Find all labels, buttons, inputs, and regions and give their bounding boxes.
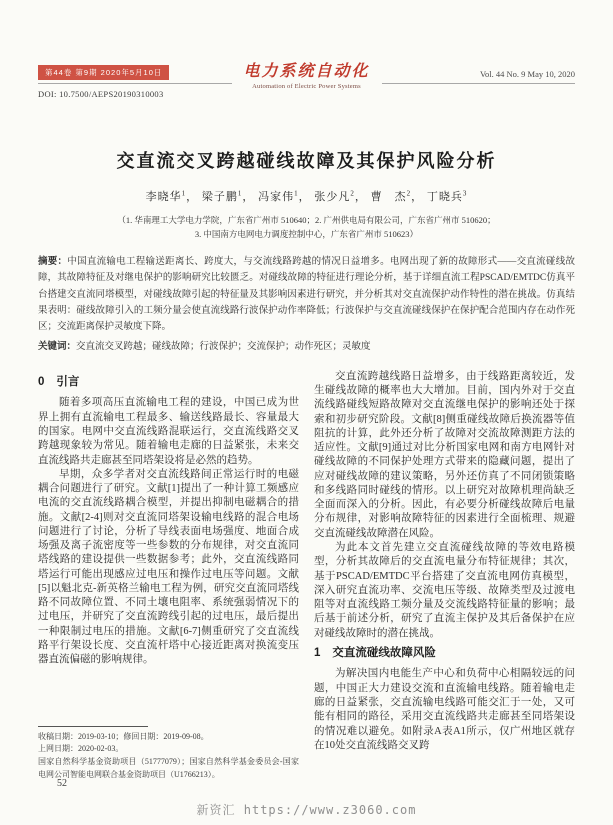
journal-logo-cn: 电力系统自动化 (243, 58, 369, 81)
author: 冯家伟1， (258, 191, 311, 203)
author: 梁子鹏1， (202, 191, 255, 203)
footnote-block: 收稿日期：2019-03-10；修回日期：2019-09-08。 上网日期：20… (38, 726, 299, 782)
paragraph: 为解决国内电能生产中心和负荷中心相隔较远的问题，中国正大力建设交流和直流输电线路… (314, 667, 575, 753)
keywords-text: 交直流交叉跨越；碰线故障；行波保护；交流保护；动作死区；灵敏度 (76, 342, 371, 352)
section-heading-1: 1交直流碰线故障风险 (314, 646, 575, 662)
journal-logo: 电力系统自动化 Automation of Electric Power Sys… (231, 58, 381, 90)
footnote-dates: 收稿日期：2019-03-10；修回日期：2019-09-08。 (38, 731, 299, 744)
body-columns: 0引言 随着多项高压直流输电工程的建设，中国已成为世界上拥有直流输电工程最多、输… (38, 370, 575, 784)
page-number: 52 (57, 778, 67, 789)
footnote-online-date: 上网日期：2020-02-03。 (38, 743, 299, 756)
paragraph: 早期，众多学者对交直流线路间正常运行时的电磁耦合问题进行了研究。文献[1]提出了… (38, 468, 299, 668)
paper-title: 交直流交叉跨越碰线故障及其保护风险分析 (38, 147, 575, 173)
abstract: 摘要：中国直流输电工程输送距离长、跨度大，与交流线路跨越的情况日益增多。电网出现… (38, 254, 575, 336)
footnote-funding: 国家自然科学基金资助项目（51777079）；国家自然科学基金委员会-国家电网公… (38, 756, 299, 782)
affiliation-line: （1. 华南理工大学电力学院，广东省广州市 510640；2. 广州供电局有限公… (38, 213, 575, 227)
abstract-text: 中国直流输电工程输送距离长、跨度大，与交流线路跨越的情况日益增多。电网出现了新的… (38, 257, 575, 332)
author: 曹 杰2， (371, 191, 424, 203)
watermark: 新资汇 https://www.z3060.com (0, 801, 613, 818)
volume-info: Vol. 44 No. 9 May 10, 2020 (480, 69, 575, 79)
paragraph: 交直流跨越线路日益增多，由于线路距离较近，发生碰线故障的概率也大大增加。目前，国… (314, 370, 575, 541)
section-heading-0: 0引言 (38, 375, 299, 391)
keywords: 关键词：交直流交叉跨越；碰线故障；行波保护；交流保护；动作死区；灵敏度 (38, 339, 575, 355)
left-column: 0引言 随着多项高压直流输电工程的建设，中国已成为世界上拥有直流输电工程最多、输… (38, 370, 299, 784)
doi-text: DOI: 10.7500/AEPS20190310003 (38, 89, 164, 99)
paragraph: 为此本文首先建立交直流碰线故障的等效电路模型，分析其故障后的交直流电量分布特征规… (314, 541, 575, 641)
paragraph: 随着多项高压直流输电工程的建设，中国已成为世界上拥有直流输电工程最多、输送线路最… (38, 396, 299, 467)
journal-logo-en: Automation of Electric Power Systems (243, 83, 369, 90)
keywords-label: 关键词： (38, 341, 76, 352)
affiliation-line: 3. 中国南方电网电力调度控制中心，广东省广州市 510623） (38, 227, 575, 241)
right-column: 交直流跨越线路日益增多，由于线路距离较近，发生碰线故障的概率也大大增加。目前，国… (314, 370, 575, 784)
author-line: 李晓华1， 梁子鹏1， 冯家伟1， 张少凡2， 曹 杰2， 丁晓兵3 (38, 188, 575, 204)
author: 丁晓兵3 (427, 191, 468, 203)
issue-badge: 第44卷 第9期 2020年5月10日 (38, 65, 169, 80)
author: 李晓华1， (146, 191, 199, 203)
abstract-label: 摘要： (38, 256, 67, 267)
footnote-rule (38, 726, 148, 727)
journal-header: 第44卷 第9期 2020年5月10日 DOI: 10.7500/AEPS201… (38, 58, 575, 105)
paper-page: 第44卷 第9期 2020年5月10日 DOI: 10.7500/AEPS201… (0, 0, 613, 825)
author: 张少凡2， (314, 191, 367, 203)
affiliations: （1. 华南理工大学电力学院，广东省广州市 510640；2. 广州供电局有限公… (38, 213, 575, 241)
